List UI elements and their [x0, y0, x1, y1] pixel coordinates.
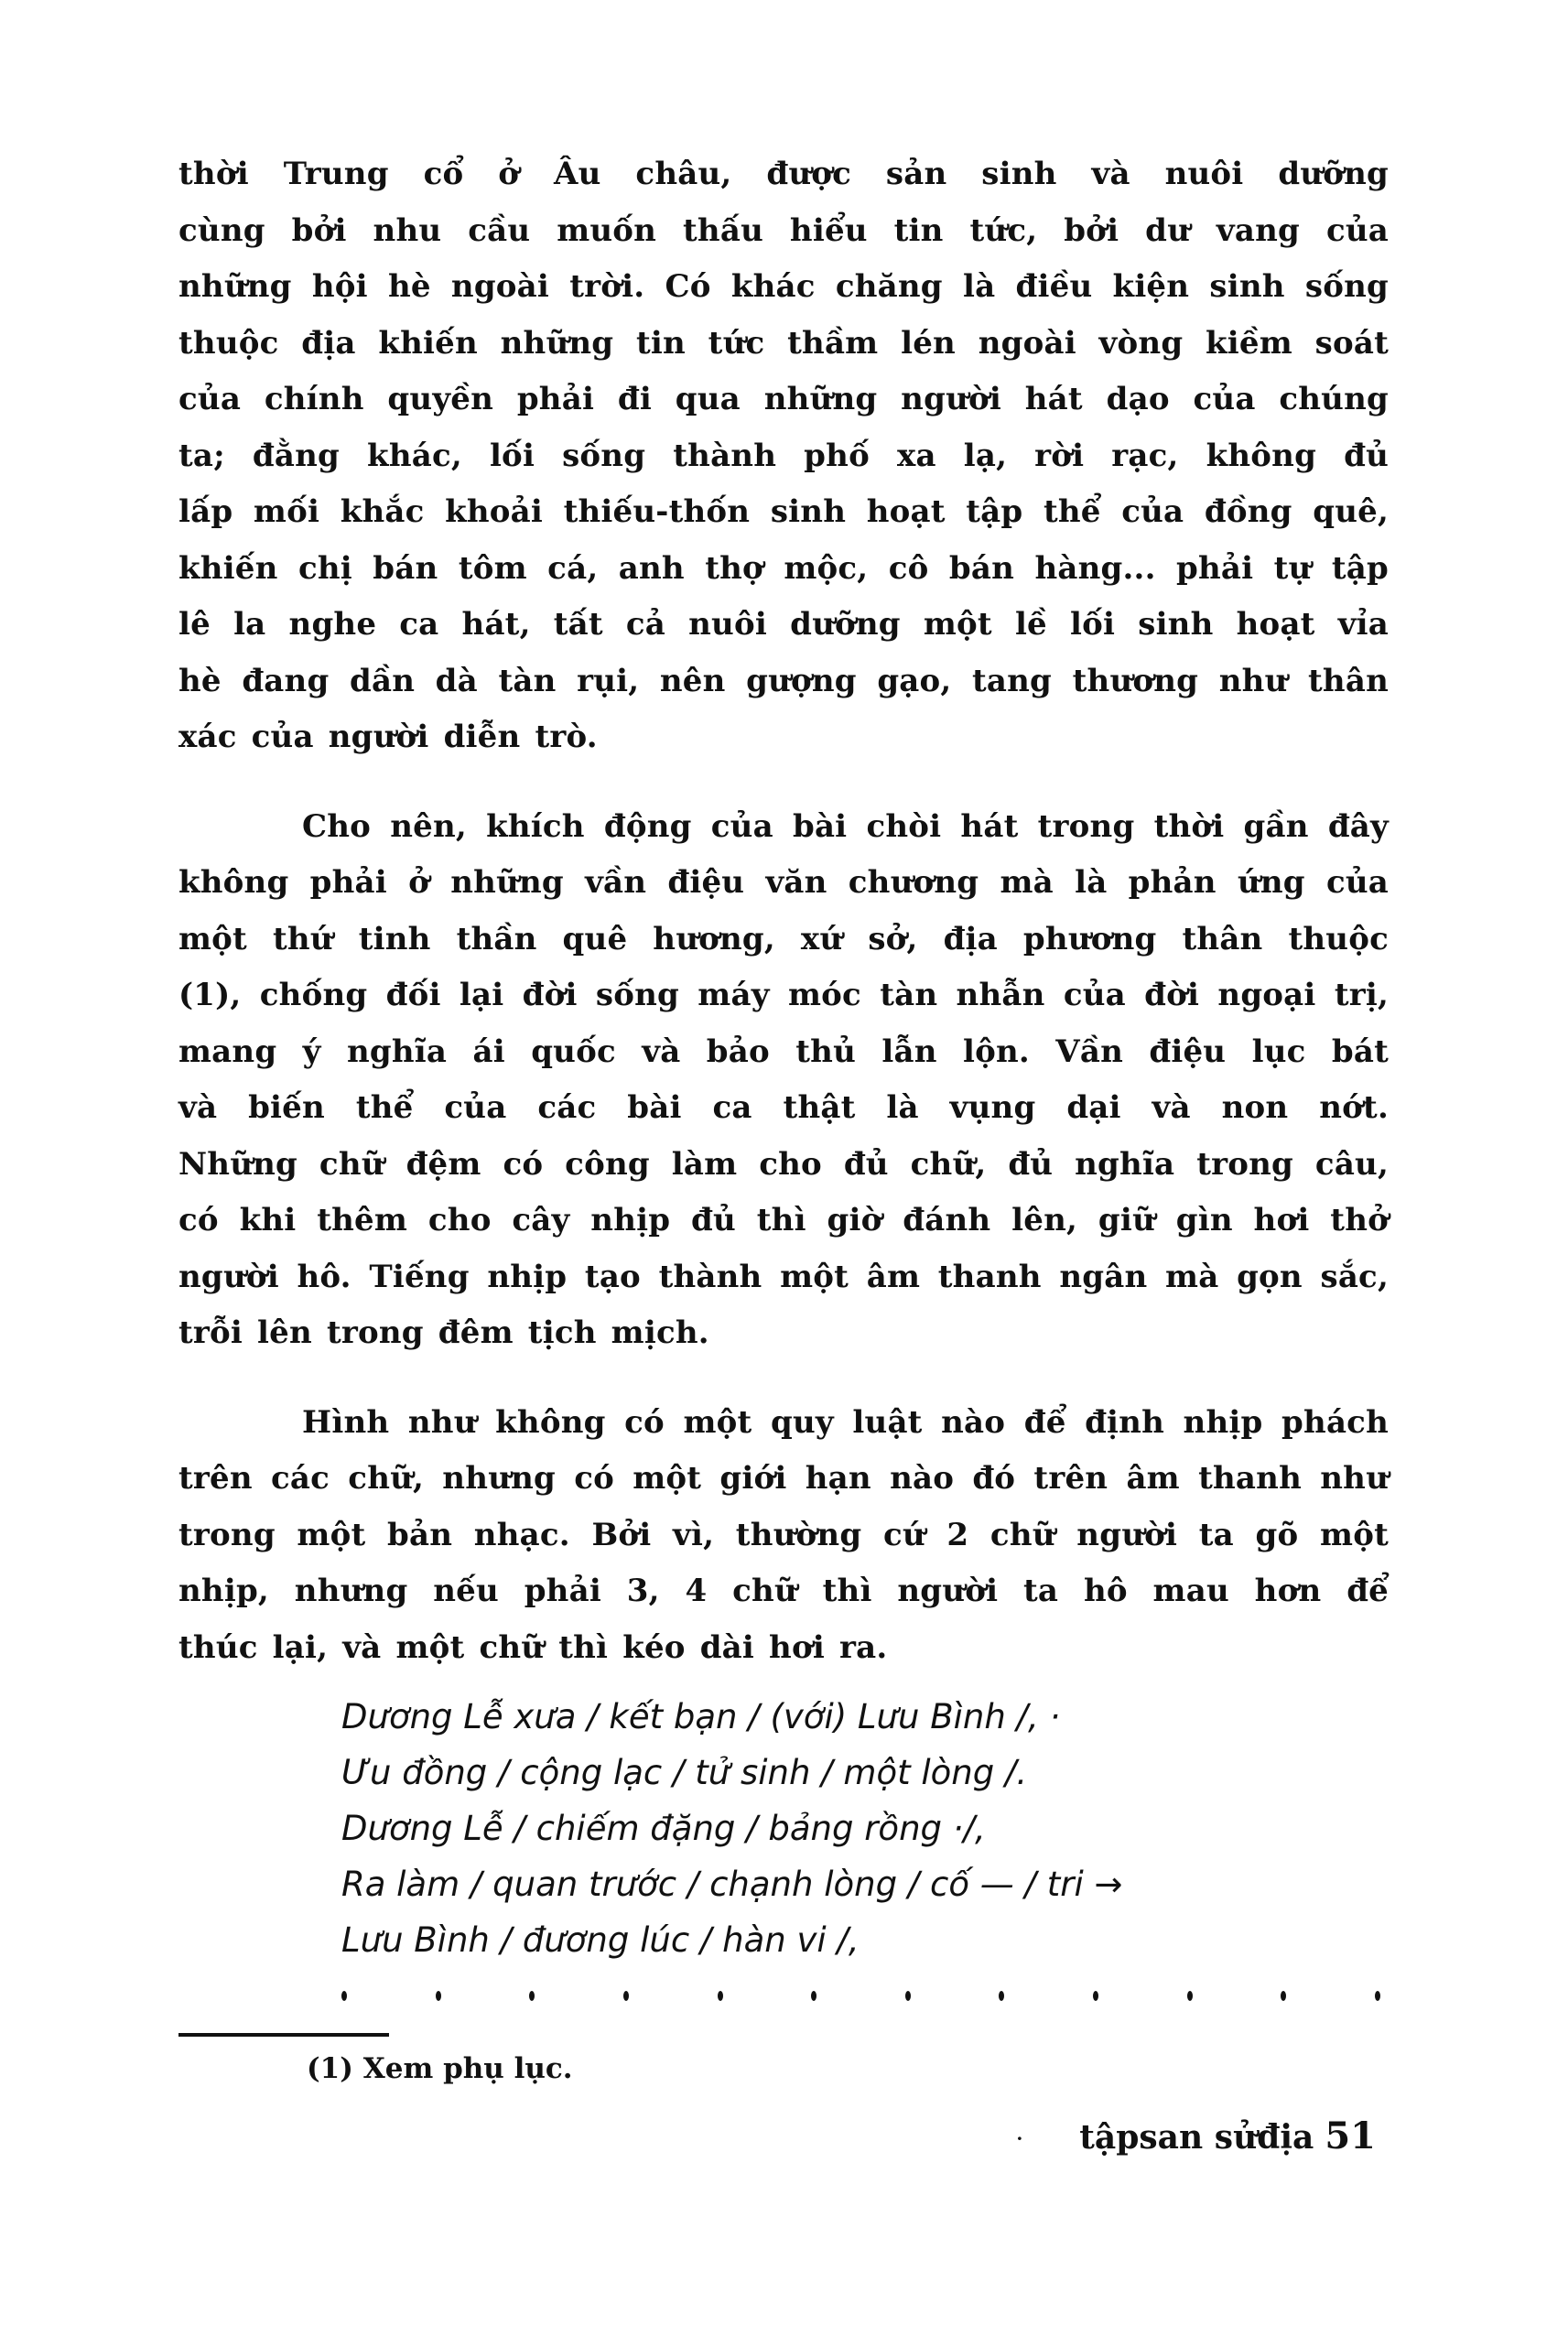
text-line: Những chữ đệm có công làm cho đủ chữ, đủ…	[178, 1137, 1389, 1194]
footer-bullet: ·	[1016, 2127, 1022, 2149]
paragraph-gap	[178, 766, 1389, 799]
paragraph-2: Cho nên, khích động của bài chòi hát tro…	[178, 799, 1389, 1362]
text-line: của chính quyền phải đi qua những người …	[178, 372, 1389, 428]
text-line: có khi thêm cho cây nhịp đủ thì giờ đánh…	[178, 1193, 1389, 1249]
journal-title: tậpsan sửđịa	[1079, 2118, 1314, 2157]
text-line: lê la nghe ca hát, tất cả nuôi dưỡng một…	[178, 597, 1389, 654]
text-line: Hình như không có một quy luật nào để đị…	[178, 1395, 1389, 1452]
text-line: một thứ tinh thần quê hương, xứ sở, địa …	[178, 912, 1389, 968]
ellipsis-dot-row	[341, 1968, 1380, 2023]
footnote-divider	[178, 2033, 389, 2037]
footnote: (1) Xem phụ lục.	[307, 2052, 573, 2085]
text-line: trỗi lên trong đêm tịch mịch.	[178, 1305, 1389, 1362]
ellipsis-dot	[1281, 1991, 1286, 2001]
page-number: 51	[1325, 2114, 1376, 2157]
page-body: thời Trung cổ ở Âu châu, được sản sinh v…	[178, 146, 1389, 2023]
paragraph-1: thời Trung cổ ở Âu châu, được sản sinh v…	[178, 146, 1389, 766]
text-line: nhịp, nhưng nếu phải 3, 4 chữ thì người …	[178, 1563, 1389, 1620]
text-line: cùng bởi nhu cầu muốn thấu hiểu tin tức,…	[178, 203, 1389, 260]
poem-line: Ưu đồng / cộng lạc / tử sinh / một lòng …	[341, 1745, 1389, 1801]
text-line: khiến chị bán tôm cá, anh thợ mộc, cô bá…	[178, 541, 1389, 598]
ellipsis-dot	[811, 1991, 816, 2001]
text-line: thúc lại, và một chữ thì kéo dài hơi ra.	[178, 1620, 1389, 1677]
ellipsis-dot	[999, 1991, 1004, 2001]
poem-excerpt: Dương Lễ xưa / kết bạn / (với) Lưu Bình …	[341, 1689, 1389, 1968]
text-line: mang ý nghĩa ái quốc và bảo thủ lẫn lộn.…	[178, 1024, 1389, 1081]
poem-line: Ra làm / quan trước / chạnh lòng / cố — …	[341, 1856, 1389, 1912]
ellipsis-dot	[623, 1991, 629, 2001]
text-line: (1), chống đối lại đời sống máy móc tàn …	[178, 968, 1389, 1024]
footnote-text: (1) Xem phụ lục.	[307, 2052, 573, 2085]
page-footer: · tậpsan sửđịa 51	[1016, 2114, 1376, 2157]
ellipsis-dot	[1093, 1991, 1098, 2001]
paragraph-gap	[178, 1362, 1389, 1395]
ellipsis-dot	[1375, 1991, 1380, 2001]
ellipsis-dot	[436, 1991, 441, 2001]
paragraph-3: Hình như không có một quy luật nào để đị…	[178, 1395, 1389, 1677]
text-line: những hội hè ngoài trời. Có khác chăng l…	[178, 259, 1389, 316]
text-line: lấp mối khắc khoải thiếu-thốn sinh hoạt …	[178, 484, 1389, 541]
text-line: Cho nên, khích động của bài chòi hát tro…	[178, 799, 1389, 856]
text-line: trong một bản nhạc. Bởi vì, thường cứ 2 …	[178, 1508, 1389, 1564]
text-line: thời Trung cổ ở Âu châu, được sản sinh v…	[178, 146, 1389, 203]
ellipsis-dot	[1187, 1991, 1193, 2001]
text-line: xác của người diễn trò.	[178, 709, 1389, 766]
ellipsis-dot	[718, 1991, 723, 2001]
text-line: không phải ở những vần điệu văn chương m…	[178, 855, 1389, 912]
text-line: hè đang dần dà tàn rụi, nên gượng gạo, t…	[178, 654, 1389, 710]
text-line: trên các chữ, nhưng có một giới hạn nào …	[178, 1451, 1389, 1508]
poem-line: Dương Lễ / chiếm đặng / bảng rồng ·/,	[341, 1801, 1389, 1856]
text-line: và biến thể của các bài ca thật là vụng …	[178, 1080, 1389, 1137]
ellipsis-dot	[341, 1991, 347, 2001]
ellipsis-dot	[529, 1991, 535, 2001]
text-line: ta; đằng khác, lối sống thành phố xa lạ,…	[178, 428, 1389, 485]
text-line: thuộc địa khiến những tin tức thầm lén n…	[178, 316, 1389, 373]
poem-line: Lưu Bình / đương lúc / hàn vi /,	[341, 1912, 1389, 1968]
ellipsis-dot	[905, 1991, 911, 2001]
text-line: người hô. Tiếng nhịp tạo thành một âm th…	[178, 1249, 1389, 1306]
poem-line: Dương Lễ xưa / kết bạn / (với) Lưu Bình …	[341, 1689, 1389, 1745]
